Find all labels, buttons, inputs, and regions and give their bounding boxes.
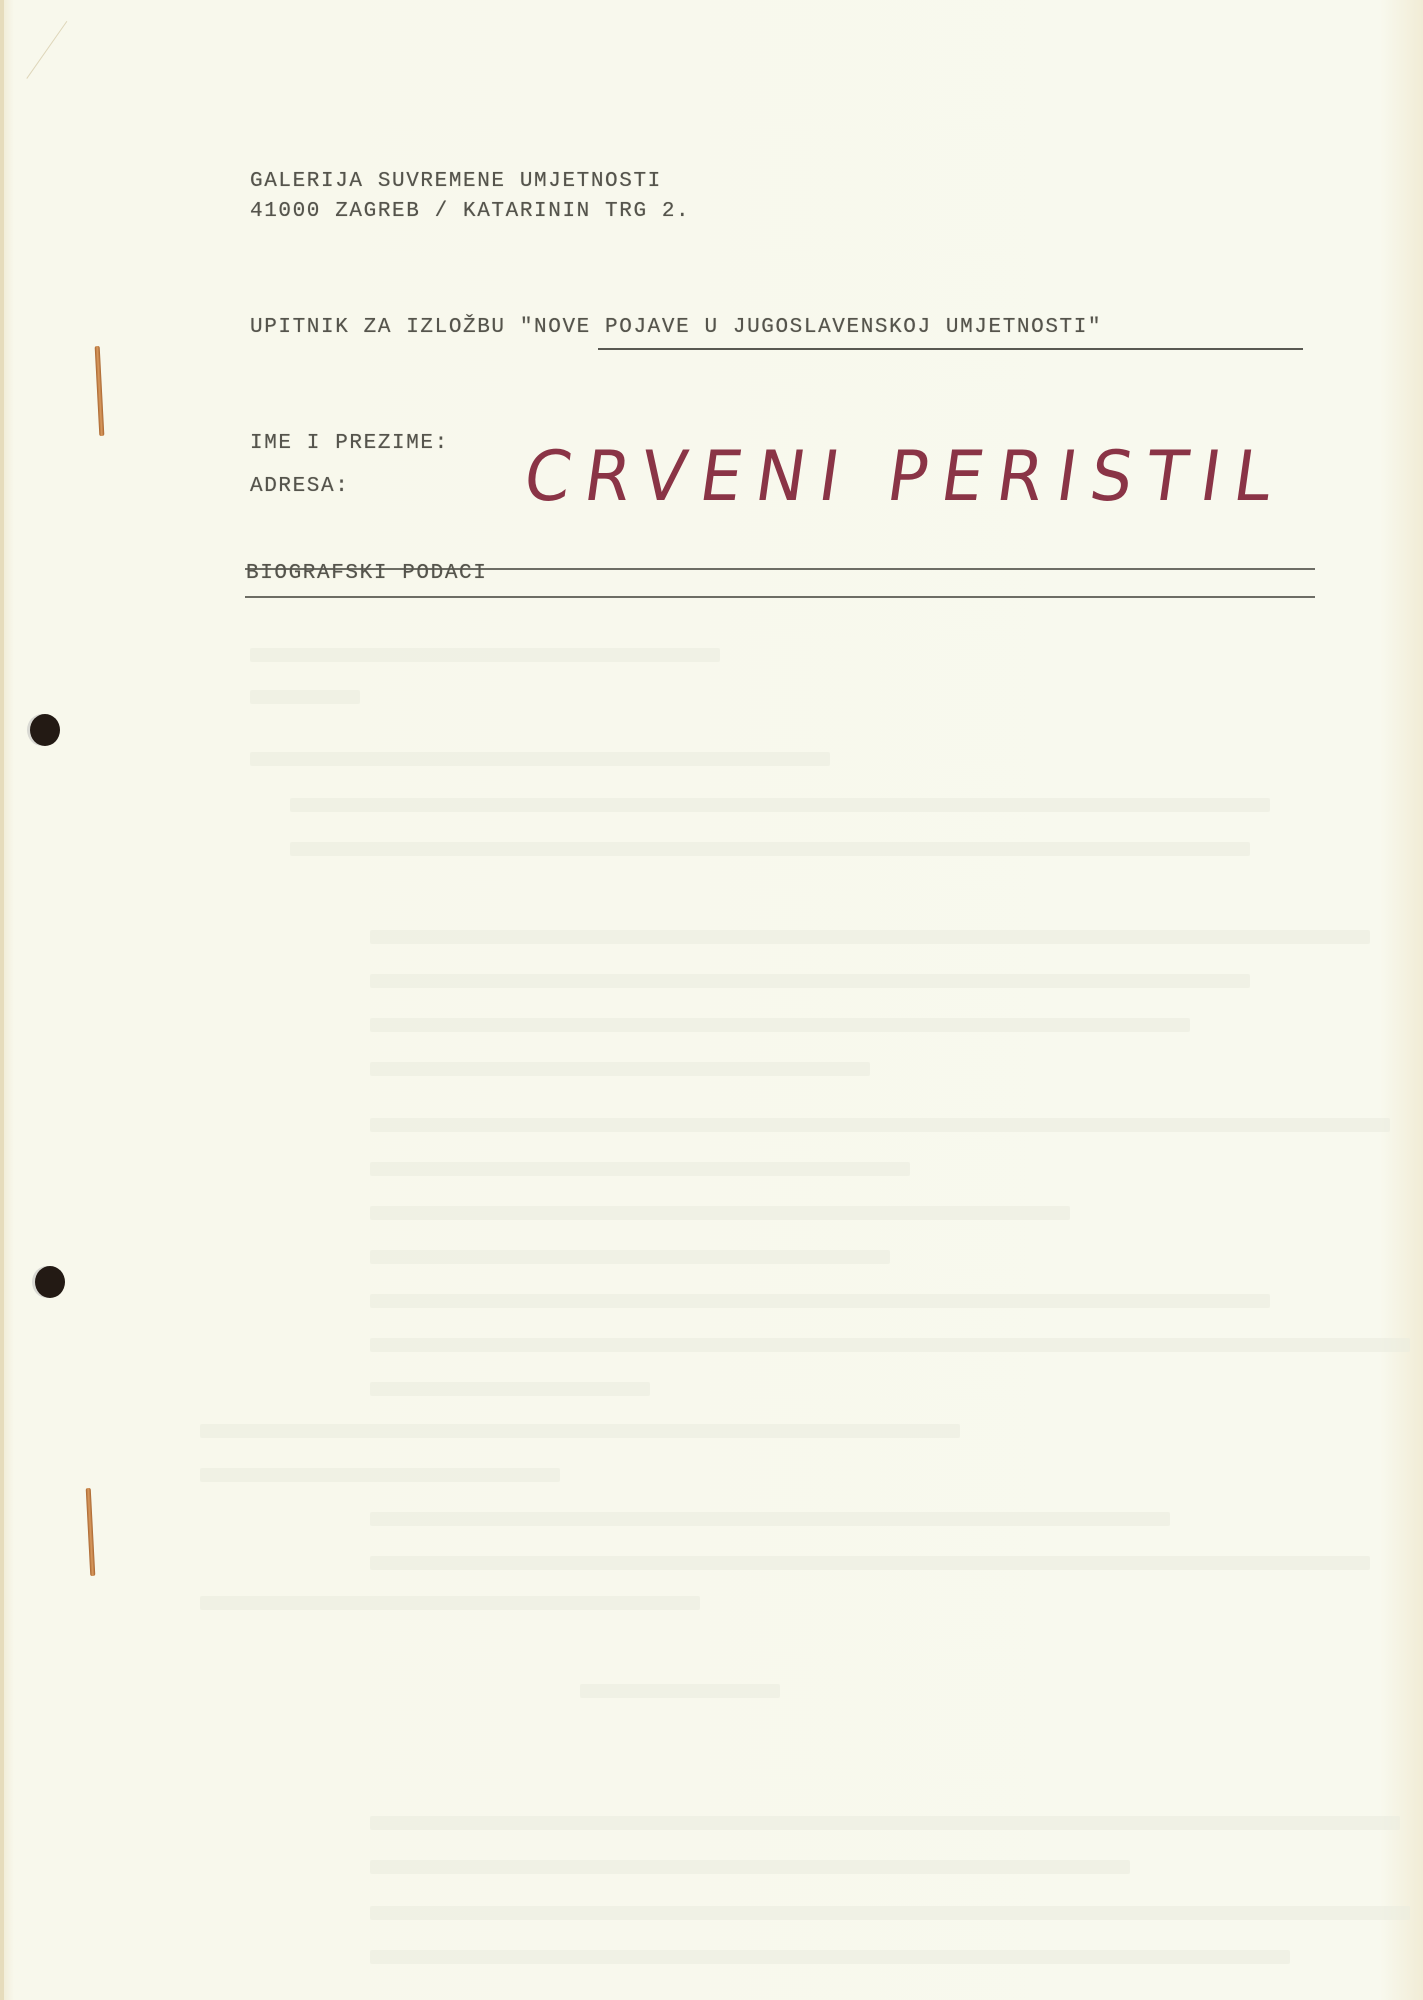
- bleed-through-line: [370, 1118, 1390, 1132]
- bleed-through-line: [370, 1556, 1370, 1570]
- pencil-mark: [26, 21, 124, 119]
- section-heading: BIOGRAFSKI PODACI: [246, 562, 487, 585]
- bleed-through-line: [370, 1250, 890, 1264]
- paper-sheet: GALERIJA SUVREMENE UMJETNOSTI 41000 ZAGR…: [0, 0, 1423, 2000]
- bleed-through-line: [370, 1338, 1410, 1352]
- bleed-through-line: [370, 1512, 1170, 1526]
- bleed-through-line: [370, 1382, 650, 1396]
- bleed-through-line: [250, 690, 360, 704]
- staple-top: [95, 346, 105, 436]
- bleed-through-line: [200, 1468, 560, 1482]
- address-field-label: ADRESA:: [250, 475, 349, 498]
- bleed-through-line: [290, 842, 1250, 856]
- paper-edge: [0, 0, 4, 2000]
- bleed-through-line: [370, 1906, 1410, 1920]
- institution-address: 41000 ZAGREB / KATARININ TRG 2.: [250, 200, 690, 223]
- bleed-through-line: [370, 1062, 870, 1076]
- bleed-through-line: [250, 752, 830, 766]
- bleed-through-line: [200, 1424, 960, 1438]
- staple-bottom: [86, 1488, 96, 1576]
- punch-hole-top: [30, 714, 60, 746]
- bleed-through-line: [370, 974, 1250, 988]
- questionnaire-prefix: UPITNIK ZA IZLOŽBU: [250, 316, 520, 339]
- handwritten-name: CRVENI PERISTIL: [519, 436, 1291, 517]
- bleed-through-line: [200, 1596, 700, 1610]
- bleed-through-line: [370, 1294, 1270, 1308]
- bleed-through-line: [290, 798, 1270, 812]
- title-underline: [598, 348, 1303, 350]
- punch-hole-bottom: [35, 1266, 65, 1298]
- bleed-through-line: [370, 1018, 1190, 1032]
- name-field-label: IME I PREZIME:: [250, 432, 449, 455]
- bleed-through-line: [370, 1950, 1290, 1964]
- bleed-through-line: [370, 1816, 1400, 1830]
- bleed-through-line: [370, 930, 1370, 944]
- bleed-through-line: [580, 1684, 780, 1698]
- bleed-through-line: [250, 648, 720, 662]
- bleed-through-line: [370, 1860, 1130, 1874]
- bleed-through-line: [370, 1206, 1070, 1220]
- institution-name: GALERIJA SUVREMENE UMJETNOSTI: [250, 170, 662, 193]
- questionnaire-title: UPITNIK ZA IZLOŽBU "NOVE POJAVE U JUGOSL…: [250, 316, 1102, 339]
- section-rule-bottom: [245, 596, 1315, 598]
- exhibition-title: "NOVE POJAVE U JUGOSLAVENSKOJ UMJETNOSTI…: [520, 316, 1102, 339]
- bleed-through-line: [370, 1162, 910, 1176]
